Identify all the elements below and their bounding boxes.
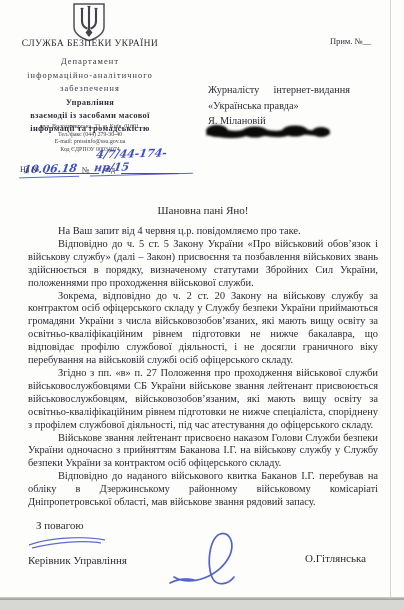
- scanned-letter-page: СЛУЖБА БЕЗПЕКИ УКРАЇНИ Департамент інфор…: [0, 0, 404, 610]
- pen-flourish-icon: [27, 536, 109, 550]
- street-address: вул. Володимирська, 33, м. Київ, 01601: [14, 124, 166, 132]
- body-paragraph: Військове звання лейтенант присвоєно нак…: [28, 433, 378, 472]
- directorate-line: взаємодії із засобами масової: [14, 109, 166, 122]
- copy-number-note: Прим. №__: [330, 36, 371, 46]
- addressee-media-type: інтернет-видання: [273, 83, 350, 99]
- body-paragraph: Відповідно до ч. 5 ст. 5 Закону України …: [28, 239, 378, 291]
- signer-name: О.Гітлянська: [305, 553, 366, 565]
- body-paragraph: Відповідно до наданого військового квитк…: [28, 471, 378, 510]
- body-paragraph: Зокрема, відповідно до ч. 2 ст. 20 Закон…: [28, 291, 378, 368]
- incoming-reference-line: На № від: [20, 164, 200, 174]
- org-name: СЛУЖБА БЕЗПЕКИ УКРАЇНИ: [14, 39, 166, 49]
- blank-underline: [121, 164, 179, 174]
- addressee-outlet: «Українська правда»: [208, 99, 350, 115]
- addressee-role: Журналісту: [208, 83, 259, 99]
- department-line: забезпечення: [14, 82, 166, 96]
- letter-body: Шановна пані Яно! На Ваш запит від 4 чер…: [28, 205, 378, 510]
- scan-background-strip: [0, 600, 404, 610]
- department-name: Департамент інформаційно-аналітичного за…: [14, 55, 166, 96]
- addressee-line: Журналісту інтернет-видання: [208, 83, 350, 99]
- paper-fold-line: [390, 0, 391, 598]
- salutation: Шановна пані Яно!: [28, 205, 378, 217]
- email: E-mail: pressinfo@ssu.gov.ua: [14, 139, 166, 147]
- body-paragraph: Згідно з пп. «в» п. 27 Положення про про…: [28, 368, 378, 433]
- incoming-label: На №: [20, 165, 39, 174]
- redaction-blob: [203, 122, 333, 140]
- ukraine-trident-shield-icon: [71, 2, 107, 42]
- signer-title: Керівник Управління: [28, 555, 127, 567]
- blank-underline: [45, 164, 99, 174]
- department-line: Департамент: [14, 55, 166, 69]
- department-line: інформаційно-аналітичного: [14, 69, 166, 83]
- handwritten-signature: [168, 527, 266, 591]
- incoming-from-label: від: [105, 165, 115, 174]
- closing-salutation: З повагою: [36, 520, 84, 532]
- directorate-line: Управління: [14, 96, 166, 109]
- body-paragraph: На Ваш запит від 4 червня ц.р. повідомля…: [28, 226, 378, 239]
